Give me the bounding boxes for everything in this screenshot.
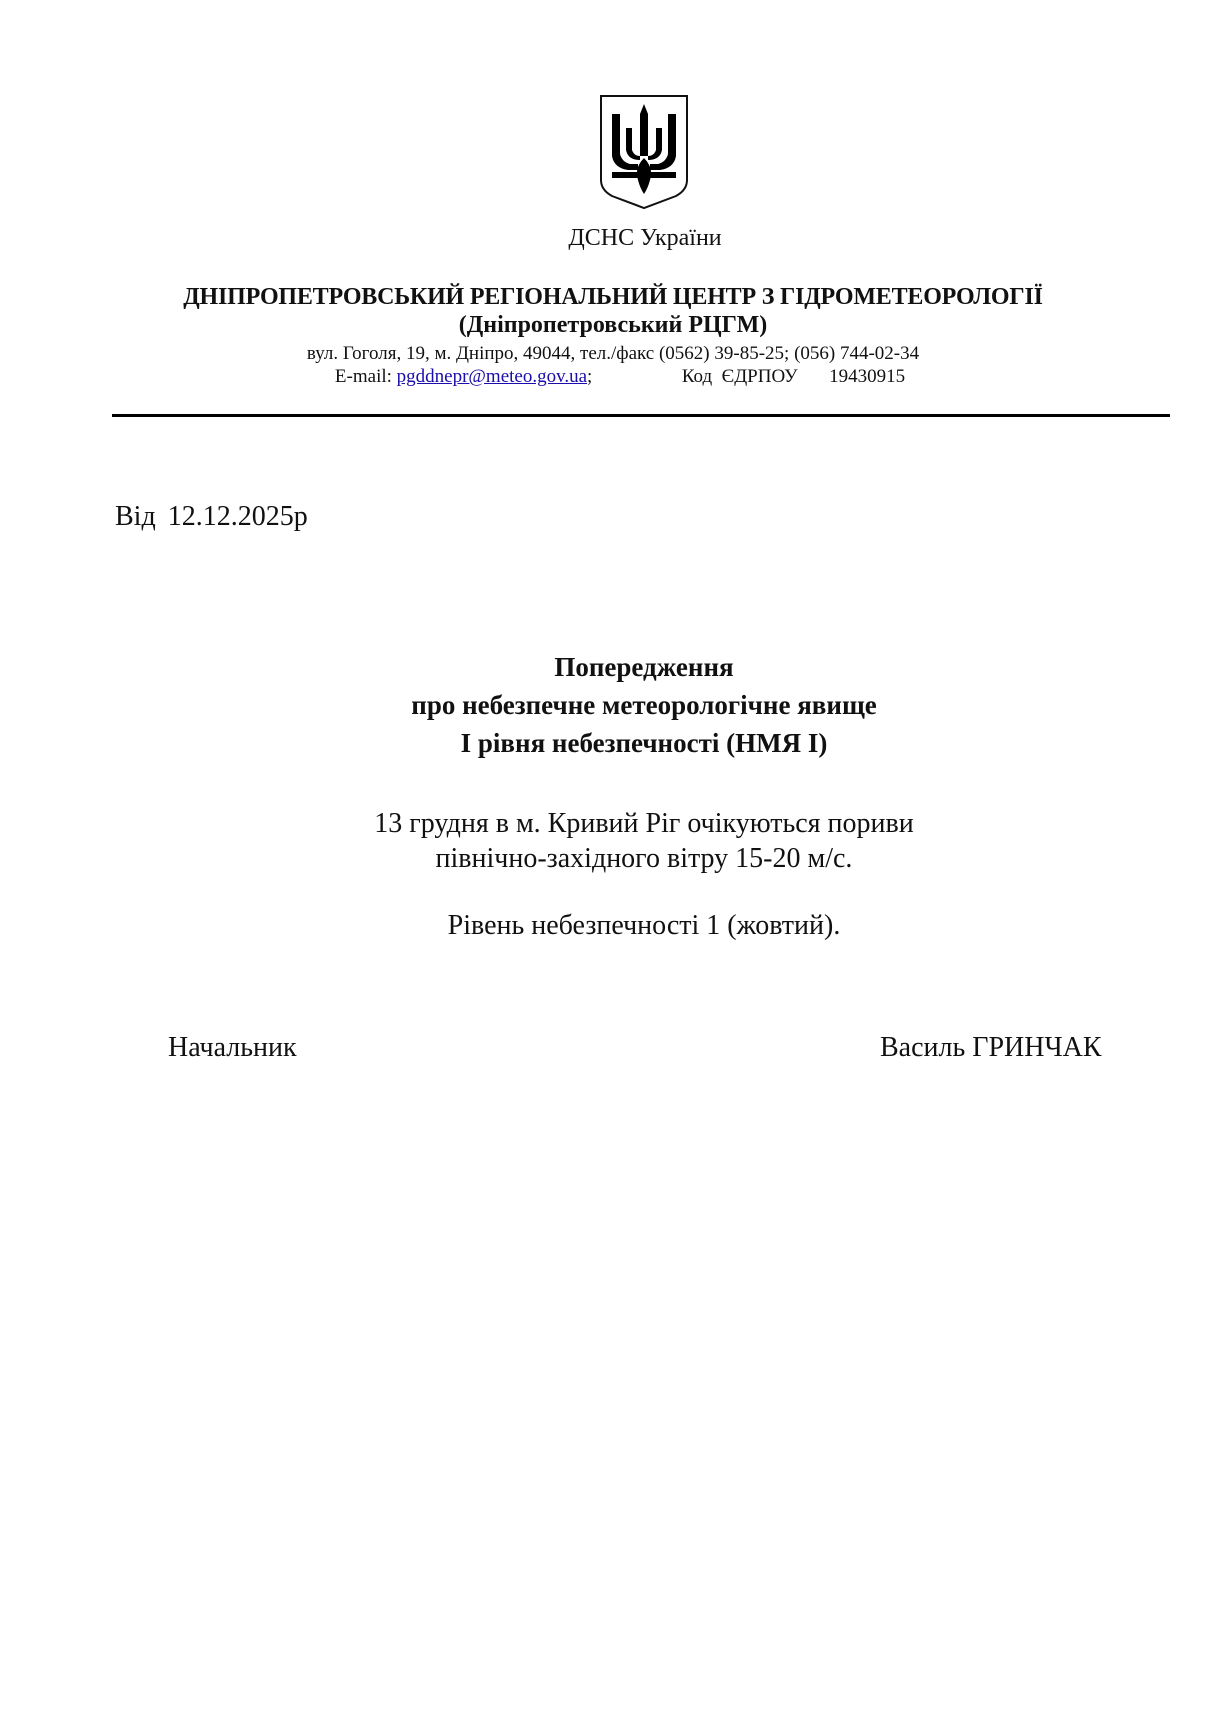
email-suffix: ; [587,366,592,387]
header-divider [112,414,1170,417]
organization-short-name: (Дніпропетровський РЦГМ) [0,311,1226,339]
organization-contacts: E-mail: pgddnepr@meteo.gov.ua; Код ЄДРПО… [0,366,1226,388]
warning-title-line: Попередження [0,648,1226,686]
email-label: E-mail: [335,366,392,387]
organization-title: ДНІПРОПЕТРОВСЬКИЙ РЕГІОНАЛЬНИЙ ЦЕНТР З Г… [0,283,1226,311]
warning-title-line: про небезпечне метеорологічне явище [0,686,1226,724]
warning-body-line: північно-західного вітру 15-20 м/с. [0,841,1226,876]
edrpou-label: Код ЄДРПОУ [682,366,798,387]
warning-title: Попередження про небезпечне метеорологіч… [0,648,1226,762]
warning-level: Рівень небезпечності 1 (жовтий). [0,908,1226,943]
date-value: 12.12.2025р [168,501,308,532]
warning-body: 13 грудня в м. Кривий Ріг очікуються пор… [0,806,1226,876]
edrpou-value: 19430915 [829,366,905,387]
signer-name: Василь ГРИНЧАК [880,1031,1102,1065]
organization-address: вул. Гоголя, 19, м. Дніпро, 49044, тел./… [0,343,1226,365]
trident-coat-of-arms-icon [598,94,690,210]
agency-name: ДСНС України [0,224,1226,252]
warning-title-line: І рівня небезпечності (НМЯ І) [0,724,1226,762]
email-link[interactable]: pgddnepr@meteo.gov.ua [397,366,587,387]
signer-position: Начальник [168,1031,297,1065]
document-date: Від12.12.2025р [115,500,308,534]
warning-body-line: 13 грудня в м. Кривий Ріг очікуються пор… [0,806,1226,841]
date-prefix: Від [115,501,156,532]
